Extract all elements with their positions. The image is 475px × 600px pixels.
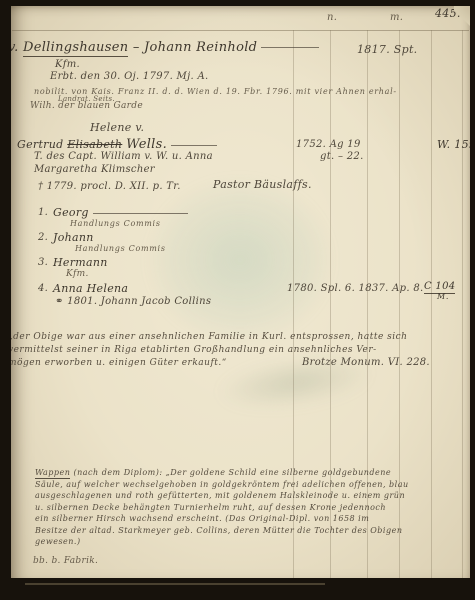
child-number: 1. bbox=[38, 207, 48, 218]
page-edge-highlight bbox=[25, 583, 325, 585]
column-rule-5 bbox=[431, 30, 432, 578]
child-marriage-line: ⚭ 1801. Johann Jacob Collins bbox=[55, 296, 211, 307]
entry-date: 1817. Spt. bbox=[357, 43, 417, 56]
binding-right bbox=[470, 0, 475, 600]
binding-top bbox=[0, 0, 475, 6]
spouse-parents-line1: T. des Capt. William v. W. u. Anna bbox=[34, 151, 213, 162]
child-name: Johann bbox=[53, 231, 94, 244]
child-name: Hermann bbox=[53, 256, 108, 269]
spouse-insertion: Helene v. bbox=[90, 121, 144, 134]
child-name: Anna Helena bbox=[53, 282, 128, 295]
binding-left bbox=[0, 0, 11, 600]
spouse-last-name: Wells. bbox=[126, 137, 167, 152]
wappen-paragraph: Wappen (nach dem Diplom): „Der goldene S… bbox=[35, 467, 409, 548]
wappen-line: Wappen (nach dem Diplom): „Der goldene S… bbox=[35, 467, 409, 479]
child-reference-sub: M. bbox=[437, 292, 449, 301]
column-header-n: n. bbox=[327, 12, 337, 23]
wappen-line: ein silberner Hirsch wachsend erscheint.… bbox=[35, 513, 409, 525]
spouse-name-line: Gertrud Elisabeth Wells. bbox=[17, 137, 217, 152]
note-line: „der Obige war aus einer ansehnlichen Fa… bbox=[8, 331, 407, 344]
child-note: Kfm. bbox=[66, 269, 89, 279]
wappen-line: Säule, auf welcher wechselgehoben in gol… bbox=[35, 479, 409, 491]
entry-occupation: Kfm. bbox=[55, 59, 80, 70]
spouse-filler-line bbox=[171, 145, 217, 146]
child-dates: 1780. Spl. 6. 1837. Ap. 8. bbox=[287, 283, 423, 294]
child-number: 4. bbox=[38, 283, 48, 294]
spouse-date1: 1752. Ag 19 bbox=[296, 139, 361, 150]
heading-filler-line bbox=[261, 47, 319, 48]
note-source: Brotze Monum. VI. 228. bbox=[302, 357, 430, 368]
entry-heading: v. Dellingshausen – Johann Reinhold bbox=[8, 40, 319, 55]
note-line: vermittelst seiner in Riga etablirten Gr… bbox=[8, 344, 407, 357]
spouse-first-name: Gertrud bbox=[17, 138, 63, 151]
wappen-line: gewesen.) bbox=[35, 536, 409, 548]
spouse-date2: gt. – 22. bbox=[320, 151, 364, 162]
spouse-struck-name: Elisabeth bbox=[67, 138, 122, 151]
entry-surname: Dellingshausen bbox=[23, 40, 128, 57]
binding-bottom bbox=[0, 578, 475, 600]
header-rule-line bbox=[12, 30, 469, 31]
spouse-death-line: † 1779. procl. D. XII. p. Tr. bbox=[38, 181, 181, 192]
wappen-line: u. silbernen Decke behängten Turnierhelm… bbox=[35, 502, 409, 514]
child-name: Georg bbox=[53, 206, 188, 219]
child-note: Handlungs Commis bbox=[75, 244, 166, 253]
wappen-label: Wappen bbox=[35, 468, 70, 479]
spouse-pastor-note: Pastor Bäuslaffs. bbox=[213, 178, 312, 191]
child-note: Handlungs Commis bbox=[70, 219, 161, 228]
entry-nobilit-line2: Wilh. der blauen Garde bbox=[30, 101, 143, 111]
scanned-register-page: n. m. 445. v. Dellingshausen – Johann Re… bbox=[0, 0, 475, 600]
child-number: 2. bbox=[38, 232, 48, 243]
column-header-m: m. bbox=[390, 12, 403, 23]
entry-given-name: – Johann Reinhold bbox=[133, 40, 257, 55]
wappen-line: Besitze der altad. Starkmeyer geb. Colli… bbox=[35, 525, 409, 537]
column-rule-6 bbox=[462, 30, 463, 578]
wappen-line: ausgeschlagenen und roth gefütterten, mi… bbox=[35, 490, 409, 502]
spouse-parents-line2: Margaretha Klimscher bbox=[34, 164, 155, 175]
footer-note: bb. b. Fabrik. bbox=[33, 556, 98, 566]
child-number: 3. bbox=[38, 257, 48, 268]
child-filler-line bbox=[93, 213, 188, 214]
entry-birth-line: Erbt. den 30. Oj. 1797. Mj. A. bbox=[50, 71, 208, 82]
page-corner-fold bbox=[454, 6, 470, 26]
marriage-symbol-icon: ⚭ bbox=[55, 296, 64, 307]
